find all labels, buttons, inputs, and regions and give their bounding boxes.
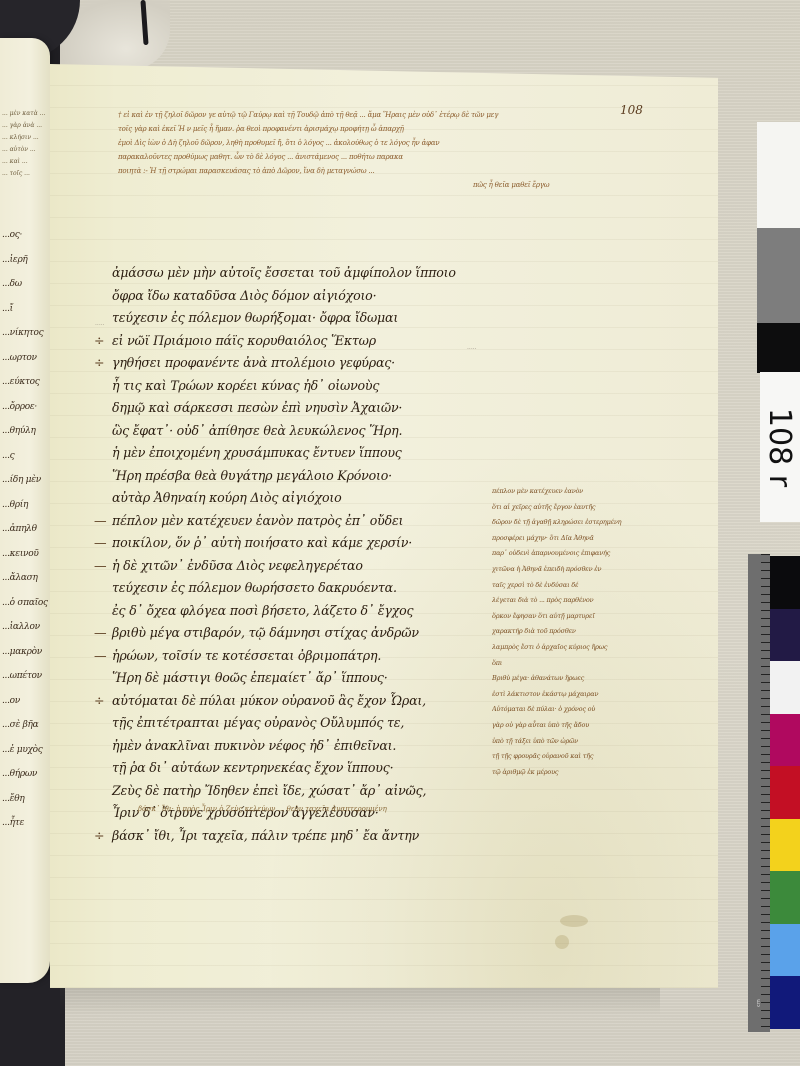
- color-patch-red: [770, 766, 800, 819]
- verse-line: Ἥρη δὲ μάστιγι θοῶς ἐπεμαίετ᾿ ἄρ᾿ ἵππους…: [112, 667, 512, 690]
- verse-line: τῇς ἐπιτέτραπται μέγας οὐρανὸς Οὔλυμπός …: [112, 712, 512, 735]
- verse-line: τῇ ῥα δι᾿ αὐτάων κεντρηνεκέας ἔχον ἵππου…: [112, 757, 512, 780]
- verse-text: τεύχεσιν ἐς πόλεμον θωρήξομαι· ὄφρα ἴδωμ…: [112, 310, 398, 325]
- verse-text: δημῷ καὶ σάρκεσσι πεσὼν ἐπὶ νηυσὶν Ἀχαιῶ…: [112, 400, 402, 415]
- facing-gloss-line: ... μὲν κατὰ ...: [2, 110, 45, 117]
- facing-gloss-line: ... τοῖς ...: [2, 170, 30, 177]
- verse-line: δημῷ καὶ σάρκεσσι πεσὼν ἐπὶ νηυσὶν Ἀχαιῶ…: [112, 397, 512, 420]
- stain: [555, 935, 569, 949]
- verse-line: τεύχεσιν ἐς πόλεμον θωρήξομαι· ὄφρα ἴδωμ…: [112, 307, 512, 330]
- verse-mark: —: [94, 622, 106, 645]
- facing-line-ending: ...ἱερῆ: [2, 255, 28, 265]
- verse-line: Ἥρη πρέσβα θεὰ θυγάτηρ μεγάλοιο Κρόνοιο·: [112, 465, 512, 488]
- scholia-line: χιτῶνα ἡ Ἀθηνᾶ ἐπειδὴ πρόσθεν ἐν: [492, 562, 662, 578]
- facing-line-ending: ...ἐ μυχὸς: [2, 745, 43, 755]
- facing-line-ending: ...ἴ: [2, 304, 13, 314]
- verse-text: Ζεὺς δὲ πατὴρ Ἴδηθεν ἐπεὶ ἴδε, χώσατ᾿ ἄρ…: [112, 783, 426, 798]
- scholia-line: πέπλον μὲν κατέχευεν ἑανὸν: [492, 484, 662, 500]
- facing-line-ending: ...ίδη μὲν: [2, 475, 41, 485]
- facing-line-ending: ...ὄρροε·: [2, 402, 37, 412]
- verse-text: αὐτὰρ Ἀθηναίη κούρη Διὸς αἰγιόχοιο: [112, 490, 341, 505]
- scholia-line: προσφέρει μάχην· ὅτι Δῖα Ἀθηνᾶ: [492, 531, 662, 547]
- verse-line: ἡ μὲν ἐποιχομένη χρυσάμπυκας ἔντυεν ἵππο…: [112, 442, 512, 465]
- verse-mark: —: [94, 532, 106, 555]
- scholia-line: τῷ ἀριθμῷ ἐκ μέρους: [492, 765, 662, 781]
- verse-text: τεύχεσιν ἐς πόλεμον θωρήσσετο δακρυόεντα…: [112, 580, 397, 595]
- verse-text: Ἥρη δὲ μάστιγι θοῶς ἐπεμαίετ᾿ ἄρ᾿ ἵππους…: [112, 670, 388, 685]
- facing-line-ending: ...θρίη: [2, 500, 28, 510]
- verse-text: ὣς ἔφατ᾿· οὐδ᾿ ἀπίθησε θεὰ λευκώλενος Ἥρ…: [112, 423, 402, 438]
- facing-gloss-line: ... γὰρ ἀνὰ ...: [2, 122, 42, 129]
- scholia-line: πῶς ἦ θεῖα μαθεῖ ἔργω: [118, 178, 638, 192]
- facing-line-ending: ...θηύλη: [2, 426, 36, 436]
- verse-line: ἦ τις καὶ Τρώων κορέει κύνας ἠδ᾿ οἰωνοὺς: [112, 375, 512, 398]
- scholia-line: ὅπι: [492, 656, 662, 672]
- scholia-line: ταῖς χερσὶ τὸ δὲ ἐνδύσαι δέ: [492, 578, 662, 594]
- scholia-line: ἐμοὶ Δὶς ἰὼν ὁ Δὴ ζηλοῦ δῶρον, ληθὴ προθ…: [118, 136, 638, 150]
- stain: [560, 915, 588, 927]
- facing-line-ending: ...ὁ σπαῖος: [2, 598, 48, 608]
- main-text-block: ἀμάσσω μὲν μὴν αὐτοῖς ἔσσεται τοῦ ἀμφίπο…: [112, 262, 512, 847]
- facing-line-ending: ...ἔθη: [2, 794, 24, 804]
- verse-text: ἐς δ᾿ ὄχεα φλόγεα ποσὶ βήσετο, λάζετο δ᾿…: [112, 603, 413, 618]
- grey-scale-white: [757, 122, 800, 228]
- verse-line: ὣς ἔφατ᾿· οὐδ᾿ ἀπίθησε θεὰ λευκώλενος Ἥρ…: [112, 420, 512, 443]
- verse-text: βάσκ᾿ ἴθι, Ἶρι ταχεῖα, πάλιν τρέπε μηδ᾿ …: [112, 828, 419, 843]
- verse-text: Ἥρη πρέσβα θεὰ θυγάτηρ μεγάλοιο Κρόνοιο·: [112, 468, 392, 483]
- folio-label-text: 108 r: [763, 407, 798, 486]
- verse-line: αὐτὰρ Ἀθηναίη κούρη Διὸς αἰγιόχοιο: [112, 487, 512, 510]
- verse-text: ἠμὲν ἀνακλῖναι πυκινὸν νέφος ἠδ᾿ ἐπιθεῖν…: [112, 738, 396, 753]
- measurement-ruler: [748, 554, 770, 1032]
- verse-text: γηθήσει προφανέντε ἀνὰ πτολέμοιο γεφύρας…: [112, 355, 395, 370]
- verse-mark: —: [94, 645, 106, 668]
- verse-text: εἰ νῶϊ Πριάμοιο πάϊς κορυθαιόλος Ἕκτωρ: [112, 333, 376, 348]
- scholia-line: τοῖς γὰρ καὶ ἐκεῖ Ἡ ν μεῖς ἦ ἤμαν. ῥα θε…: [118, 122, 638, 136]
- color-patch-yellow: [770, 819, 800, 872]
- verse-line: ἐς δ᾿ ὄχεα φλόγεα ποσὶ βήσετο, λάζετο δ᾿…: [112, 600, 512, 623]
- verse-line: ὄφρα ἴδω καταδῦσα Διὸς δόμον αἰγιόχοιο·: [112, 285, 512, 308]
- scholia-line: λέγεται διὰ τὸ ... πρὸς παρθένον: [492, 593, 662, 609]
- scholia-bottom: βάσκ᾿ ἴθι· ἡ πρὸς Ἶριν ὁ Ζεὺς κελεύων ..…: [138, 805, 387, 813]
- scholia-line: δῶρον δὲ τῇ ἀγαθῇ κληρώσει ἐστερημένη: [492, 515, 662, 531]
- verse-mark: ÷: [94, 825, 104, 848]
- verse-line: ÷εἰ νῶϊ Πριάμοιο πάϊς κορυθαιόλος Ἕκτωρ: [112, 330, 512, 353]
- facing-line-ending: ...ς: [2, 451, 14, 461]
- facing-line-ending: ...ἦτε: [2, 818, 24, 828]
- facing-line-ending: ...ος·: [2, 230, 22, 240]
- verse-line: Ζεὺς δὲ πατὴρ Ἴδηθεν ἐπεὶ ἴδε, χώσατ᾿ ἄρ…: [112, 780, 512, 803]
- grey-scale-grey: [757, 228, 800, 323]
- color-patch-dark-violet: [770, 609, 800, 662]
- verse-line: ἀμάσσω μὲν μὴν αὐτοῖς ἔσσεται τοῦ ἀμφίπο…: [112, 262, 512, 285]
- grey-scale-black: [757, 323, 800, 373]
- color-patch-white: [770, 661, 800, 714]
- facing-line-ending: ...ἄλαση: [2, 573, 38, 583]
- scholia-line: λαμπρὸς ἔστι ὁ ἀρχαῖος κύριος ἥρως: [492, 640, 662, 656]
- verse-text: ἡ δὲ χιτῶν᾿ ἐνδῦσα Διὸς νεφεληγερέταο: [112, 558, 363, 573]
- scholia-line: παρ᾿ οὐδενὶ ἀπαρνουμένοις ἐπιφανής: [492, 546, 662, 562]
- facing-line-ending: ...ον: [2, 696, 20, 706]
- scholia-right-margin: πέπλον μὲν κατέχευεν ἑανὸνὅτι αἱ χεῖρες …: [492, 484, 662, 780]
- facing-line-ending: ...κεινοῦ: [2, 549, 39, 559]
- scholia-line: γὰρ οὐ γὰρ αὗται ὑπὸ τῆς ἄδου: [492, 718, 662, 734]
- color-patch-black: [770, 556, 800, 609]
- facing-gloss-line: ... καὶ ...: [2, 158, 28, 165]
- scholia-line: Βριθὺ μέγα· ἀθανάτων ἥρωες: [492, 671, 662, 687]
- facing-line-ending: ...νίκητος: [2, 328, 43, 338]
- verse-line: —ἡρώων, τοῖσίν τε κοτέσσεται ὀβριμοπάτρη…: [112, 645, 512, 668]
- verse-text: ἡρώων, τοῖσίν τε κοτέσσεται ὀβριμοπάτρη.: [112, 648, 381, 663]
- verse-text: τῇς ἐπιτέτραπται μέγας οὐρανὸς Οὔλυμπός …: [112, 715, 404, 730]
- scholia-line: ὑπὸ τῇ τάξει ὑπὸ τῶν ὡρῶν: [492, 734, 662, 750]
- scholia-line: ἐστὶ λάκτιστον ἑκάστῳ μάχαιραν: [492, 687, 662, 703]
- facing-line-ending: ...ἀπηλθ: [2, 524, 37, 534]
- facing-line-ending: ...εύκτος: [2, 377, 40, 387]
- facing-line-ending: ...ωπέτον: [2, 671, 42, 681]
- verse-mark: —: [94, 555, 106, 578]
- color-patch-magenta: [770, 714, 800, 767]
- verse-line: τεύχεσιν ἐς πόλεμον θωρήσσετο δακρυόεντα…: [112, 577, 512, 600]
- scholia-line: χαρακτήρ διὰ τοῦ πρόσθεν: [492, 624, 662, 640]
- verse-text: αὐτόμαται δὲ πύλαι μύκον οὐρανοῦ ἃς ἔχον…: [112, 693, 426, 708]
- verse-text: ποικίλον, ὅν ῥ᾿ αὐτὴ ποιήσατο καὶ κάμε χ…: [112, 535, 412, 550]
- color-patch-green: [770, 871, 800, 924]
- facing-gloss-line: ... αὐτὸν ...: [2, 146, 36, 153]
- scholia-line: ποιητὰ :- Ἡ τῇ στρώμαι παρασκευάσας τὸ ἀ…: [118, 164, 638, 178]
- verse-text: ἡ μὲν ἐποιχομένη χρυσάμπυκας ἔντυεν ἵππο…: [112, 445, 402, 460]
- verse-mark: —: [94, 510, 106, 533]
- dark-background-bottom: [0, 975, 65, 1066]
- verse-text: τῇ ῥα δι᾿ αὐτάων κεντρηνεκέας ἔχον ἵππου…: [112, 760, 393, 775]
- scholia-line: Αὐτόμαται δὲ πύλαι· ὁ χρόνος οὐ: [492, 702, 662, 718]
- facing-gloss-line: ... κλήσιν ...: [2, 134, 39, 141]
- facing-line-ending: ...σὲ βῆα: [2, 720, 38, 730]
- color-patch-light-blue: [770, 924, 800, 977]
- scholia-line: παρακαλοῦντες προθύμως μαθητ. ὧν τὸ δὲ λ…: [118, 150, 638, 164]
- facing-line-ending: ...δω: [2, 279, 22, 289]
- facing-line-ending: ...μακρὸν: [2, 647, 42, 657]
- scholia-line: ὅρκον ἔφησαν ὅτι αὐτῇ μαρτυρεῖ: [492, 609, 662, 625]
- verse-text: πέπλον μὲν κατέχευεν ἑανὸν πατρὸς ἐπ᾿ οὔ…: [112, 513, 403, 528]
- verse-text: ἀμάσσω μὲν μὴν αὐτοῖς ἔσσεται τοῦ ἀμφίπο…: [112, 265, 456, 280]
- verse-mark: ÷: [94, 690, 104, 713]
- verse-line: ÷γηθήσει προφανέντε ἀνὰ πτολέμοιο γεφύρα…: [112, 352, 512, 375]
- facing-line-ending: ...ἰαλλον: [2, 622, 40, 632]
- facing-line-ending: ...ωρτον: [2, 353, 37, 363]
- color-patch-dark-blue: [770, 976, 800, 1029]
- verse-line: —πέπλον μὲν κατέχευεν ἑανὸν πατρὸς ἐπ᾿ ο…: [112, 510, 512, 533]
- folio-label-card: 108 r: [760, 372, 800, 522]
- scholia-line: † εἰ καὶ ἐν τῇ ζηλοῖ δῶρον γε αὐτῷ τῷ Γα…: [118, 108, 638, 122]
- facing-line-ending: ...θήρων: [2, 769, 37, 779]
- verse-text: ὄφρα ἴδω καταδῦσα Διὸς δόμον αἰγιόχοιο·: [112, 288, 376, 303]
- facing-page: ... μὲν κατὰ ... ... γὰρ ἀνὰ ...... κλήσ…: [0, 38, 50, 983]
- verse-text: ἦ τις καὶ Τρώων κορέει κύνας ἠδ᾿ οἰωνοὺς: [112, 378, 379, 393]
- verse-mark: ÷: [94, 352, 104, 375]
- scholia-line: τῇ τῇς φρουρᾶς οὐρανοῦ καὶ τῆς: [492, 749, 662, 765]
- verse-line: ÷βάσκ᾿ ἴθι, Ἶρι ταχεῖα, πάλιν τρέπε μηδ᾿…: [112, 825, 512, 848]
- scholia-line: ὅτι αἱ χεῖρες αὐτῆς ἔργον ἑαυτῆς: [492, 500, 662, 516]
- margin-mark: ·····: [95, 322, 105, 329]
- ruler-unit-label: cm: [756, 992, 762, 1014]
- verse-line: ÷αὐτόμαται δὲ πύλαι μύκον οὐρανοῦ ἃς ἔχο…: [112, 690, 512, 713]
- verse-line: —ἡ δὲ χιτῶν᾿ ἐνδῦσα Διὸς νεφεληγερέταο: [112, 555, 512, 578]
- verse-line: —ποικίλον, ὅν ῥ᾿ αὐτὴ ποιήσατο καὶ κάμε …: [112, 532, 512, 555]
- scholia-top: † εἰ καὶ ἐν τῇ ζηλοῖ δῶρον γε αὐτῷ τῷ Γα…: [118, 108, 638, 192]
- verse-line: —βριθὺ μέγα στιβαρόν, τῷ δάμνησι στίχας …: [112, 622, 512, 645]
- verse-line: ἠμὲν ἀνακλῖναι πυκινὸν νέφος ἠδ᾿ ἐπιθεῖν…: [112, 735, 512, 758]
- verse-mark: ÷: [94, 330, 104, 353]
- verse-text: βριθὺ μέγα στιβαρόν, τῷ δάμνησι στίχας ἀ…: [112, 625, 419, 640]
